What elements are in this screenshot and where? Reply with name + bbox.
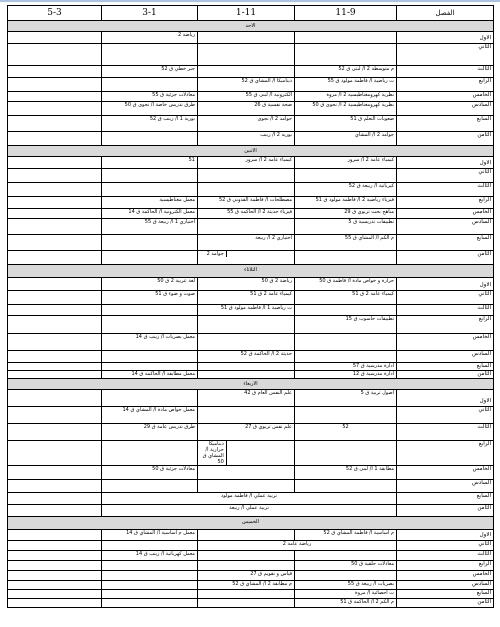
cell: ديناميكا حرارية أ/ المشاي ق 50 (198, 441, 226, 465)
cell (102, 480, 198, 493)
cell: اختياري 2 أ/ ربيعة (198, 235, 295, 251)
cell (295, 351, 397, 363)
period-label: الثاني (397, 169, 494, 183)
cell (8, 505, 102, 517)
cell: كيمياء عامة 2 أ/ سرور (198, 157, 295, 169)
cell: تطبيقات تدريسية ق 5 (295, 219, 397, 235)
header-col-1: 11-9 (295, 6, 397, 21)
merged-cell: تربية عملي أ/ فاطمة مولود (102, 493, 397, 505)
period-label: الخامس (397, 92, 494, 102)
cell (8, 219, 102, 235)
cell (8, 441, 102, 466)
cell: الكترونية أ/ لبنى ق 55 (198, 92, 295, 102)
cell: جوامد 2 أ/ المشاي (295, 132, 397, 146)
period-label: الثالث (397, 183, 494, 197)
period-label: الثامن (397, 251, 494, 265)
period-label: السادس (397, 102, 494, 116)
cell: صحة نفسية ق 26 (198, 102, 295, 116)
table-row: الثامن ادارة مدرسية ق 12 معمل مطابقة أ/ … (8, 371, 494, 379)
schedule-table: الفصل 11-9 1-11 3-1 5-3 الاحد الاول رياض… (7, 5, 494, 608)
cell: لغة عربية 2 ق 50 (102, 278, 198, 291)
period-label: السابع (397, 363, 494, 371)
header-col-4: 5-3 (8, 6, 102, 21)
cell: اختياري 1 أ/ ربيعة ق 55 (102, 219, 198, 235)
cell: معادلات جزئية ق 50 (102, 466, 198, 480)
cell (8, 116, 102, 132)
period-label: الاول (397, 530, 494, 541)
cell (8, 424, 102, 441)
table-row: الرابع معادلات حلقية ق 50 (8, 561, 494, 571)
table-row: الرابع فيزياء رياضية 2 أ/ فاطمة مولود ق … (8, 197, 494, 209)
cell: نظرية كهرومغناطيسية 2 أ/ نجوى ق 50 (295, 102, 397, 116)
cell (8, 305, 102, 316)
cell: معادلات جزئية ق 55 (102, 92, 198, 102)
cell: فيزياء حديثة 2 أ/ الحاكمة ق 55 (198, 209, 295, 219)
period-label: الثاني (397, 407, 494, 424)
table-row: الرابع ت رياضية أ/ فاطمة مولود ق 55 دينا… (8, 78, 494, 92)
cell (102, 581, 198, 590)
table-row: الثامن تربية عملي أ/ ربيعة (8, 505, 494, 517)
table-row: الثالث كيرباتية أ/ ربيعة ق 52 (8, 183, 494, 197)
cell (8, 407, 102, 424)
cell (8, 291, 102, 305)
day-label: الاثنين (8, 146, 494, 157)
period-label: الثالث (397, 305, 494, 316)
cell (8, 183, 102, 197)
table-row: الثالث م متوسطة 2 أ/ لبنى ق 52 جبر خطي ق… (8, 66, 494, 78)
cell (198, 183, 295, 197)
day-band-wednesday: الاربعاء (8, 379, 494, 390)
table-row: الثاني رياضة عامة 2 (8, 541, 494, 551)
cell: معمل خواص مادة أ/ المشاي ق 14 (102, 407, 198, 424)
cell: طرق تدريس خاصة أ/ نجوى ق 50 (102, 102, 198, 116)
period-label: الثامن (397, 132, 494, 146)
cell (102, 183, 198, 197)
cell (8, 466, 102, 480)
cell (8, 390, 102, 407)
cell: نظرية كهرومغناطيسية 2 أ/ مروة (295, 92, 397, 102)
period-label: الثامن (397, 371, 494, 379)
table-row: الثاني معمل خواص مادة أ/ المشاي ق 14 (8, 407, 494, 424)
cell (198, 551, 295, 561)
table-row: السادس نظرية كهرومغناطيسية 2 أ/ نجوى ق 5… (8, 102, 494, 116)
day-band-monday: الاثنين (8, 146, 494, 157)
cell (8, 371, 102, 379)
cell: 51 (102, 157, 198, 169)
cell (8, 561, 102, 571)
table-row: السادس بصريات أ/ ربيعة ق 55 م مطابقة 2 أ… (8, 581, 494, 590)
merged-cell: رياضة عامة 2 (198, 541, 397, 551)
cell: صوت و ضوء ق 51 (102, 291, 198, 305)
cell (8, 32, 102, 44)
cell: بورية 2 أ/ زينب (198, 132, 295, 146)
cell (198, 316, 295, 334)
split-cell: جوامد 2 (198, 251, 295, 265)
cell: ت رياضية أ/ فاطمة مولود ق 55 (295, 78, 397, 92)
cell (102, 590, 198, 599)
cell (8, 316, 102, 334)
period-label: الاول (397, 32, 494, 44)
cell: معمل مطابقة أ/ الحاكمة ق 14 (102, 371, 198, 379)
cell (295, 571, 397, 581)
cell (8, 351, 102, 363)
cell (198, 219, 295, 235)
period-label: السابع (397, 590, 494, 599)
cell: حرارة و خواص مادة أ/ فاطمة ق 50 (295, 278, 397, 291)
cell (8, 571, 102, 581)
period-label: الاول (397, 157, 494, 169)
cell (8, 530, 102, 541)
cell: رياضة 2 ق 50 (198, 278, 295, 291)
cell (295, 480, 397, 493)
cell: طرق تدريس عامة ق 29 (102, 424, 198, 441)
cell (102, 251, 198, 265)
cell (102, 235, 198, 251)
period-label: السابع (397, 116, 494, 132)
cell (102, 571, 198, 581)
cell (295, 551, 397, 561)
cell: كيمياء عامة 2 ق 51 (198, 291, 295, 305)
table-row: السادس تطبيقات تدريسية ق 5 اختياري 1 أ/ … (8, 219, 494, 235)
header-row: الفصل 11-9 1-11 3-1 5-3 (8, 6, 494, 21)
cell: م الكم 2 أ/ الحاكمة ق 51 (295, 599, 397, 608)
cell (8, 235, 102, 251)
period-label: الرابع (397, 561, 494, 571)
cell: جوامد 2 (198, 251, 226, 257)
period-label: الرابع (397, 316, 494, 334)
table-row: السادس (8, 480, 494, 493)
cell: تطبيقات حاسوب ق 15 (295, 316, 397, 334)
cell (102, 316, 198, 334)
cell (198, 32, 295, 44)
cell (102, 363, 198, 371)
period-label: السادس (397, 480, 494, 493)
cell: جوامد 2 أ/ نجوى (198, 116, 295, 132)
cell (8, 599, 102, 608)
cell: معمل الكترونية أ/ الحاكمة ق 14 (102, 209, 198, 219)
cell: معمل كهرباتية أ/ زينب ق 14 (102, 551, 198, 561)
cell (198, 334, 295, 351)
day-band-thursday: الخميس (8, 517, 494, 530)
cell (8, 251, 102, 265)
cell: علم نفس تربوي ق 27 (198, 424, 295, 441)
cell: علم النفس العام ق 42 (198, 390, 295, 407)
table-row: الخامس نظرية كهرومغناطيسية 2 أ/ مروة الك… (8, 92, 494, 102)
cell: قياس و تقويم ق 27 (198, 571, 295, 581)
cell: ت احصائية أ/ مروة (295, 590, 397, 599)
period-label: السادس (397, 351, 494, 363)
table-row: الاول حرارة و خواص مادة أ/ فاطمة ق 50 ري… (8, 278, 494, 291)
period-label: السابع (397, 493, 494, 505)
cell (295, 334, 397, 351)
cell: 52 (295, 424, 397, 441)
period-label: الخامس (397, 334, 494, 351)
period-label: الثامن (397, 599, 494, 608)
cell (102, 169, 198, 183)
cell: مطابقة 1 أ/ لبنى ق 52 (295, 466, 397, 480)
cell (295, 169, 397, 183)
day-label: الثلاثاء (8, 265, 494, 278)
cell (198, 561, 295, 571)
cell (198, 599, 295, 608)
header-period: الفصل (397, 6, 494, 21)
cell (102, 390, 198, 407)
cell (8, 278, 102, 291)
cell: بورية 1 أ/ زينب ق 52 (102, 116, 198, 132)
period-label: الاول (397, 278, 494, 291)
table-row: السادس حديثة 2 أ/ الحاكمة ق 52 (8, 351, 494, 363)
cell: مناهج بحث تربوي ق 29 (295, 209, 397, 219)
table-row: الثامن جوامد 2 (8, 251, 494, 265)
day-label: الاحد (8, 21, 494, 32)
table-row: الثالث 52 علم نفس تربوي ق 27 طرق تدريس ع… (8, 424, 494, 441)
day-band-tuesday: الثلاثاء (8, 265, 494, 278)
table-row: الخامس مناهج بحث تربوي ق 29 فيزياء حديثة… (8, 209, 494, 219)
cell (8, 102, 102, 116)
cell (8, 157, 102, 169)
table-row: الثاني (8, 169, 494, 183)
table-row: الرابع تطبيقات حاسوب ق 15 (8, 316, 494, 334)
table-row: الخامس قياس و تقويم ق 27 (8, 571, 494, 581)
cell: ديناميكا أ/ المشاي ق 52 (198, 78, 295, 92)
cell: كيمياء عامة 2 أ/ سرور (295, 157, 397, 169)
table-row: الثاني كيمياء عامة 2 ق 51 كيمياء عامة 2 … (8, 291, 494, 305)
cell (198, 169, 295, 183)
cell (8, 169, 102, 183)
split-cell: ديناميكا حرارية أ/ المشاي ق 50 (198, 441, 295, 466)
table-row: السابع م الكم أ/ المشاي ق 55 اختياري 2 أ… (8, 235, 494, 251)
table-row: السابع تربية عملي أ/ فاطمة مولود (8, 493, 494, 505)
cell (102, 351, 198, 363)
period-label: الثاني (397, 541, 494, 551)
cell (198, 466, 295, 480)
table-row: الثالث ت رياضية 1 أ/ فاطمة مولود ق 51 (8, 305, 494, 316)
cell (198, 66, 295, 78)
table-row: الخامس معمل بصريات أ/ زينب ق 14 (8, 334, 494, 351)
cell: اصول تربية ق 5 (295, 390, 397, 407)
cell (8, 480, 102, 493)
cell (8, 66, 102, 78)
cell (102, 78, 198, 92)
cell (8, 197, 102, 209)
period-label: الثاني (397, 44, 494, 66)
table-row: الثامن جوامد 2 أ/ المشاي بورية 2 أ/ زينب (8, 132, 494, 146)
table-row: الثامن م الكم 2 أ/ الحاكمة ق 51 (8, 599, 494, 608)
cell: ت رياضية 1 أ/ فاطمة مولود ق 51 (198, 305, 295, 316)
day-label: الاربعاء (8, 379, 494, 390)
period-label: الرابع (397, 78, 494, 92)
cell: ادارة مدرسية ق 57 (295, 363, 397, 371)
period-label: الخامس (397, 466, 494, 480)
cell: م مطابقة 2 أ/ المشاي ق 52 (198, 581, 295, 590)
cell (198, 407, 295, 424)
period-label: الخامس (397, 209, 494, 219)
cell: صعوبات التعلم ق 51 (295, 116, 397, 132)
cell: معادلات حلقية ق 50 (295, 561, 397, 571)
cell (198, 363, 295, 371)
cell (102, 44, 198, 66)
cell (8, 334, 102, 351)
cell (102, 561, 198, 571)
cell (295, 407, 397, 424)
period-label: الثاني (397, 291, 494, 305)
header-col-3: 3-1 (102, 6, 198, 21)
table-row: الثالث معمل كهرباتية أ/ زينب ق 14 (8, 551, 494, 561)
cell: حديثة 2 أ/ الحاكمة ق 52 (198, 351, 295, 363)
period-label: الثالث (397, 424, 494, 441)
period-label: السادس (397, 219, 494, 235)
cell: معمل بصريات أ/ زينب ق 14 (102, 334, 198, 351)
cell: معمل مغناطيسية (102, 197, 198, 209)
header-col-2: 1-11 (198, 6, 295, 21)
cell (102, 441, 198, 466)
cell (198, 44, 295, 66)
period-label: الاول (397, 390, 494, 407)
cell (198, 371, 295, 379)
cell: مصطلحات أ/ فاطمة القدوني ق 52 (198, 197, 295, 209)
cell (8, 92, 102, 102)
cell: كيمياء عامة 2 ق 51 (295, 291, 397, 305)
cell (8, 209, 102, 219)
cell (102, 541, 198, 551)
cell: م اساسية أ/ فاطمة المشاي ق 52 (295, 530, 397, 541)
cell (198, 530, 295, 541)
cell: رياضة 2 (102, 32, 198, 44)
table-row: الاول رياضة 2 (8, 32, 494, 44)
table-row: الخامس مطابقة 1 أ/ لبنى ق 52 معادلات جزئ… (8, 466, 494, 480)
table-row: السابع صعوبات التعلم ق 51 جوامد 2 أ/ نجو… (8, 116, 494, 132)
cell (8, 590, 102, 599)
merged-cell: تربية عملي أ/ ربيعة (102, 505, 397, 517)
period-label: الثالث (397, 551, 494, 561)
period-label: السابع (397, 235, 494, 251)
period-label: السادس (397, 581, 494, 590)
table-row: الاول م اساسية أ/ فاطمة المشاي ق 52 معمل… (8, 530, 494, 541)
day-band-sunday: الاحد (8, 21, 494, 32)
table-row: الاول اصول تربية ق 5 علم النفس العام ق 4… (8, 390, 494, 407)
period-label: الثامن (397, 505, 494, 517)
cell: بصريات أ/ ربيعة ق 55 (295, 581, 397, 590)
cell (102, 305, 198, 316)
table-row: الاول كيمياء عامة 2 أ/ سرور كيمياء عامة … (8, 157, 494, 169)
cell (8, 551, 102, 561)
cell (8, 44, 102, 66)
cell: جبر خطي ق 52 (102, 66, 198, 78)
cell (8, 363, 102, 371)
cell (8, 581, 102, 590)
cell (295, 251, 397, 265)
cell: كيرباتية أ/ ربيعة ق 52 (295, 183, 397, 197)
cell (8, 541, 102, 551)
period-label: الثالث (397, 66, 494, 78)
cell (8, 493, 102, 505)
cell: ادارة مدرسية ق 12 (295, 371, 397, 379)
cell (8, 132, 102, 146)
table-row: الثاني (8, 44, 494, 66)
table-row: السابع ادارة مدرسية ق 57 (8, 363, 494, 371)
cell (295, 32, 397, 44)
period-label: الرابع (397, 441, 494, 466)
table-row: السابع ت احصائية أ/ مروة (8, 590, 494, 599)
window-top-border (0, 0, 500, 2)
cell (295, 44, 397, 66)
cell (102, 599, 198, 608)
cell (198, 590, 295, 599)
cell (102, 132, 198, 146)
cell (198, 480, 295, 493)
cell: فيزياء رياضية 2 أ/ فاطمة مولود ق 51 (295, 197, 397, 209)
table-row: الرابع ديناميكا حرارية أ/ المشاي ق 50 (8, 441, 494, 466)
period-label: الرابع (397, 197, 494, 209)
cell (295, 305, 397, 316)
period-label: الخامس (397, 571, 494, 581)
cell: م متوسطة 2 أ/ لبنى ق 52 (295, 66, 397, 78)
cell: معمل م اساسية أ/ المشاي ق 14 (102, 530, 198, 541)
day-label: الخميس (8, 517, 494, 530)
cell (8, 78, 102, 92)
cell (295, 441, 397, 466)
cell: م الكم أ/ المشاي ق 55 (295, 235, 397, 251)
